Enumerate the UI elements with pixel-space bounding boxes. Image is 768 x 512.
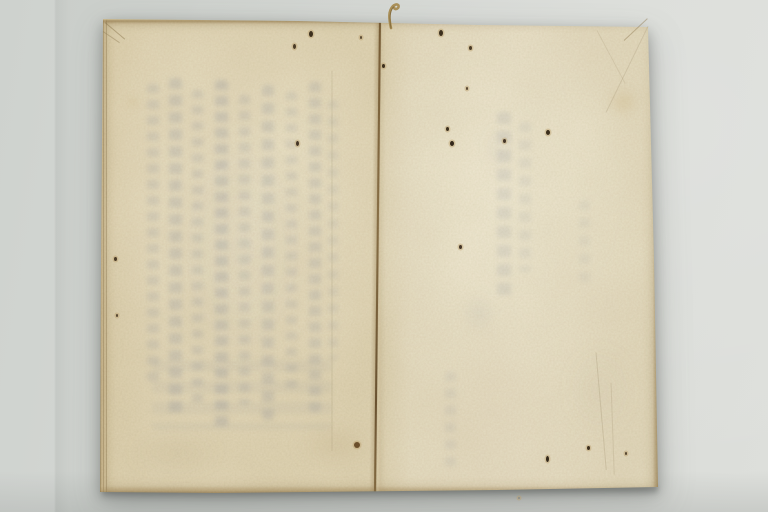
page-stack-fore-edge [97, 19, 108, 494]
book-pages [97, 19, 658, 494]
right-page-edge [653, 19, 658, 494]
left-page [97, 19, 380, 494]
right-page [380, 19, 658, 494]
open-book [97, 19, 658, 494]
photo-scene [0, 0, 768, 512]
